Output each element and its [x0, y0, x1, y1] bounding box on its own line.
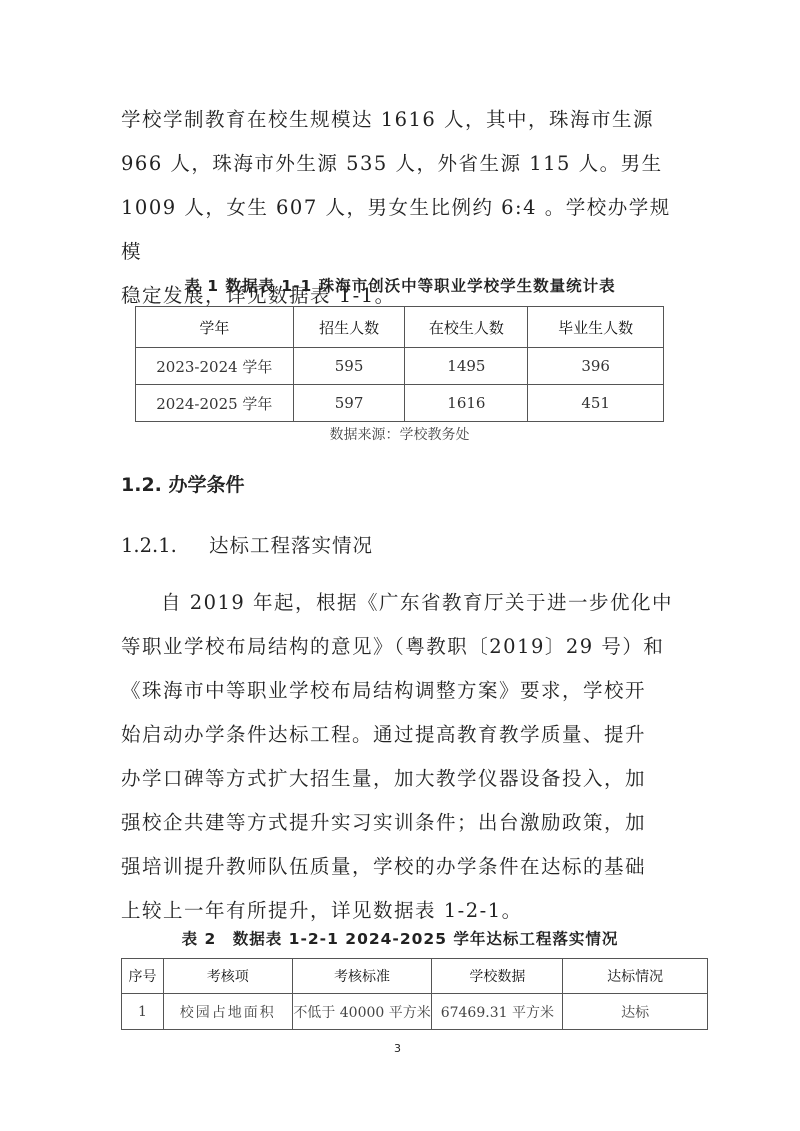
- cell-enrolled-students: 1616: [405, 385, 528, 422]
- body-line: 《珠海市中等职业学校布局结构调整方案》要求，学校开: [121, 669, 681, 713]
- page-number: 3: [394, 1042, 401, 1055]
- header-index: 序号: [122, 959, 164, 994]
- table-row: 2024-2025 学年 597 1616 451: [136, 385, 664, 422]
- header-compliance-status: 达标情况: [563, 959, 708, 994]
- table-header-row: 序号 考核项 考核标准 学校数据 达标情况: [122, 959, 708, 994]
- cell-enrolled-students: 1495: [405, 348, 528, 385]
- table1-caption: 表 1 数据表 1-1 珠海市创沃中等职业学校学生数量统计表: [120, 274, 680, 296]
- cell-enrollment: 595: [293, 348, 405, 385]
- header-school-data: 学校数据: [432, 959, 563, 994]
- compliance-table: 序号 考核项 考核标准 学校数据 达标情况 1 校园占地面积 不低于 40000…: [121, 958, 708, 1030]
- section-heading: 1.2. 办学条件: [121, 470, 245, 497]
- cell-assessment-item: 校园占地面积: [163, 994, 292, 1030]
- table2-caption: 表 2 数据表 1-2-1 2024-2025 学年达标工程落实情况: [120, 927, 680, 949]
- table-row: 2023-2024 学年 595 1495 396: [136, 348, 664, 385]
- cell-index: 1: [122, 994, 164, 1030]
- cell-enrollment: 597: [293, 385, 405, 422]
- cell-school-data: 67469.31 平方米: [432, 994, 563, 1030]
- header-assessment-standard: 考核标准: [292, 959, 432, 994]
- student-count-table: 学年 招生人数 在校生人数 毕业生人数 2023-2024 学年 595 149…: [135, 306, 664, 422]
- body-line: 等职业学校布局结构的意见》（粤教职〔2019〕29 号）和: [121, 625, 681, 669]
- intro-line: 966 人，珠海市外生源 535 人，外省生源 115 人。男生: [121, 142, 681, 186]
- table1-source: 数据来源：学校教务处: [135, 424, 664, 444]
- body-paragraph: 自 2019 年起，根据《广东省教育厅关于进一步优化中 等职业学校布局结构的意见…: [121, 581, 681, 933]
- header-graduates: 毕业生人数: [528, 307, 664, 348]
- cell-assessment-standard: 不低于 40000 平方米: [292, 994, 432, 1030]
- header-enrollment: 招生人数: [293, 307, 405, 348]
- header-enrolled-students: 在校生人数: [405, 307, 528, 348]
- table-row: 1 校园占地面积 不低于 40000 平方米 67469.31 平方米 达标: [122, 994, 708, 1030]
- header-assessment-item: 考核项: [163, 959, 292, 994]
- subsection-heading: 1.2.1. 达标工程落实情况: [121, 530, 373, 558]
- subsection-title: 达标工程落实情况: [209, 534, 373, 557]
- cell-graduates: 451: [528, 385, 664, 422]
- cell-school-year: 2023-2024 学年: [136, 348, 294, 385]
- subsection-number: 1.2.1.: [121, 534, 177, 557]
- body-line: 办学口碑等方式扩大招生量，加大教学仪器设备投入，加: [121, 757, 681, 801]
- cell-compliance-status: 达标: [563, 994, 708, 1030]
- table-header-row: 学年 招生人数 在校生人数 毕业生人数: [136, 307, 664, 348]
- cell-graduates: 396: [528, 348, 664, 385]
- body-line: 始启动办学条件达标工程。通过提高教育教学质量、提升: [121, 713, 681, 757]
- cell-school-year: 2024-2025 学年: [136, 385, 294, 422]
- intro-line: 学校学制教育在校生规模达 1616 人，其中，珠海市生源: [121, 98, 681, 142]
- body-line: 自 2019 年起，根据《广东省教育厅关于进一步优化中: [121, 581, 681, 625]
- header-school-year: 学年: [136, 307, 294, 348]
- body-line: 强校企共建等方式提升实习实训条件；出台激励政策，加: [121, 801, 681, 845]
- body-line: 强培训提升教师队伍质量，学校的办学条件在达标的基础: [121, 845, 681, 889]
- intro-line: 1009 人，女生 607 人，男女生比例约 6:4 。学校办学规模: [121, 186, 681, 274]
